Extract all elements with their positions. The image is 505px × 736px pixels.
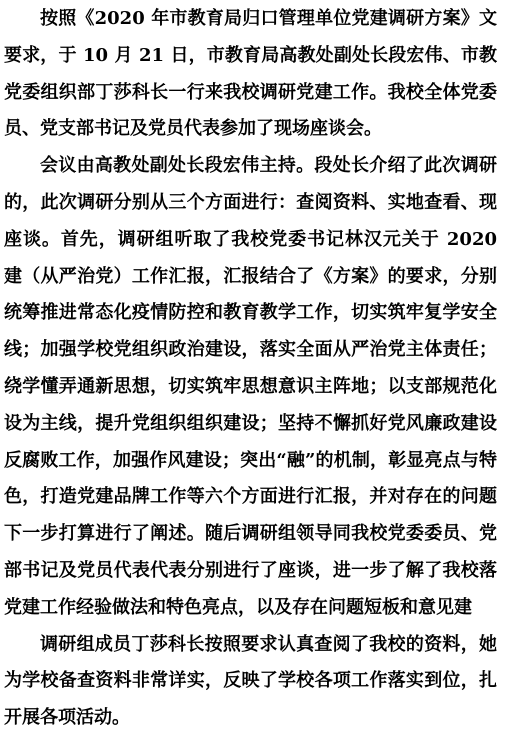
paragraph: 按照《2020 年市教育局归口管理单位党建调研方案》文件要求，于 10 月 21… xyxy=(4,1,497,148)
text-line: 会议由高教处副处长段宏伟主持。段处长介绍了此次调研目 xyxy=(4,148,497,185)
text-line: 的，此次调研分别从三个方面进行：查阅资料、实地查看、现场 xyxy=(4,185,497,222)
text-line: 设为主线，提升党组织组织建设；坚持不懈抓好党风廉政建设和 xyxy=(4,406,497,443)
text-line: 员、党支部书记及党员代表参加了现场座谈会。 xyxy=(4,111,497,148)
document-body: 按照《2020 年市教育局归口管理单位党建调研方案》文件要求，于 10 月 21… xyxy=(4,1,497,736)
text-line: 座谈。首先，调研组听取了我校党委书记林汉元关于 2020 年党 xyxy=(4,222,497,259)
text-line: 绕学懂弄通新思想，切实筑牢思想意识主阵地；以支部规范化建 xyxy=(4,369,497,406)
text-line: 党委组织部丁莎科长一行来我校调研党建工作。我校全体党委委 xyxy=(4,75,497,112)
text-line: 为学校备查资料非常详实，反映了学校各项工作落实到位，扎实 xyxy=(4,663,497,700)
text-line: 按照《2020 年市教育局归口管理单位党建调研方案》文件 xyxy=(4,1,497,38)
text-line: 调研组成员丁莎科长按照要求认真查阅了我校的资料，她认 xyxy=(4,627,497,664)
paragraph: 调研组成员丁莎科长按照要求认真查阅了我校的资料，她认为学校备查资料非常详实，反映… xyxy=(4,627,497,736)
text-line: 下一步打算进行了阐述。随后调研组领导同我校党委委员、党支 xyxy=(4,516,497,553)
text-line: 统筹推进常态化疫情防控和教育教学工作，切实筑牢复学安全防 xyxy=(4,295,497,332)
text-line: 建（从严治党）工作汇报，汇报结合了《方案》的要求，分别从 xyxy=(4,259,497,296)
text-line: 党建工作经验做法和特色亮点，以及存在问题短板和意见建议。 xyxy=(4,590,497,627)
text-line: 开展各项活动。 xyxy=(4,700,497,736)
text-line: 反腐败工作，加强作风建设；突出“融”的机制，彰显亮点与特 xyxy=(4,443,497,480)
text-line: 色，打造党建品牌工作等六个方面进行汇报，并对存在的问题和 xyxy=(4,479,497,516)
document-page: 按照《2020 年市教育局归口管理单位党建调研方案》文件要求，于 10 月 21… xyxy=(0,0,505,736)
text-line: 部书记及党员代表代表分别进行了座谈，进一步了解了我校落实 xyxy=(4,553,497,590)
text-line: 要求，于 10 月 21 日，市教育局高教处副处长段宏伟、市教育局 xyxy=(4,38,497,75)
paragraph: 会议由高教处副处长段宏伟主持。段处长介绍了此次调研目的，此次调研分别从三个方面进… xyxy=(4,148,497,626)
text-line: 线；加强学校党组织政治建设，落实全面从严治党主体责任；围 xyxy=(4,332,497,369)
